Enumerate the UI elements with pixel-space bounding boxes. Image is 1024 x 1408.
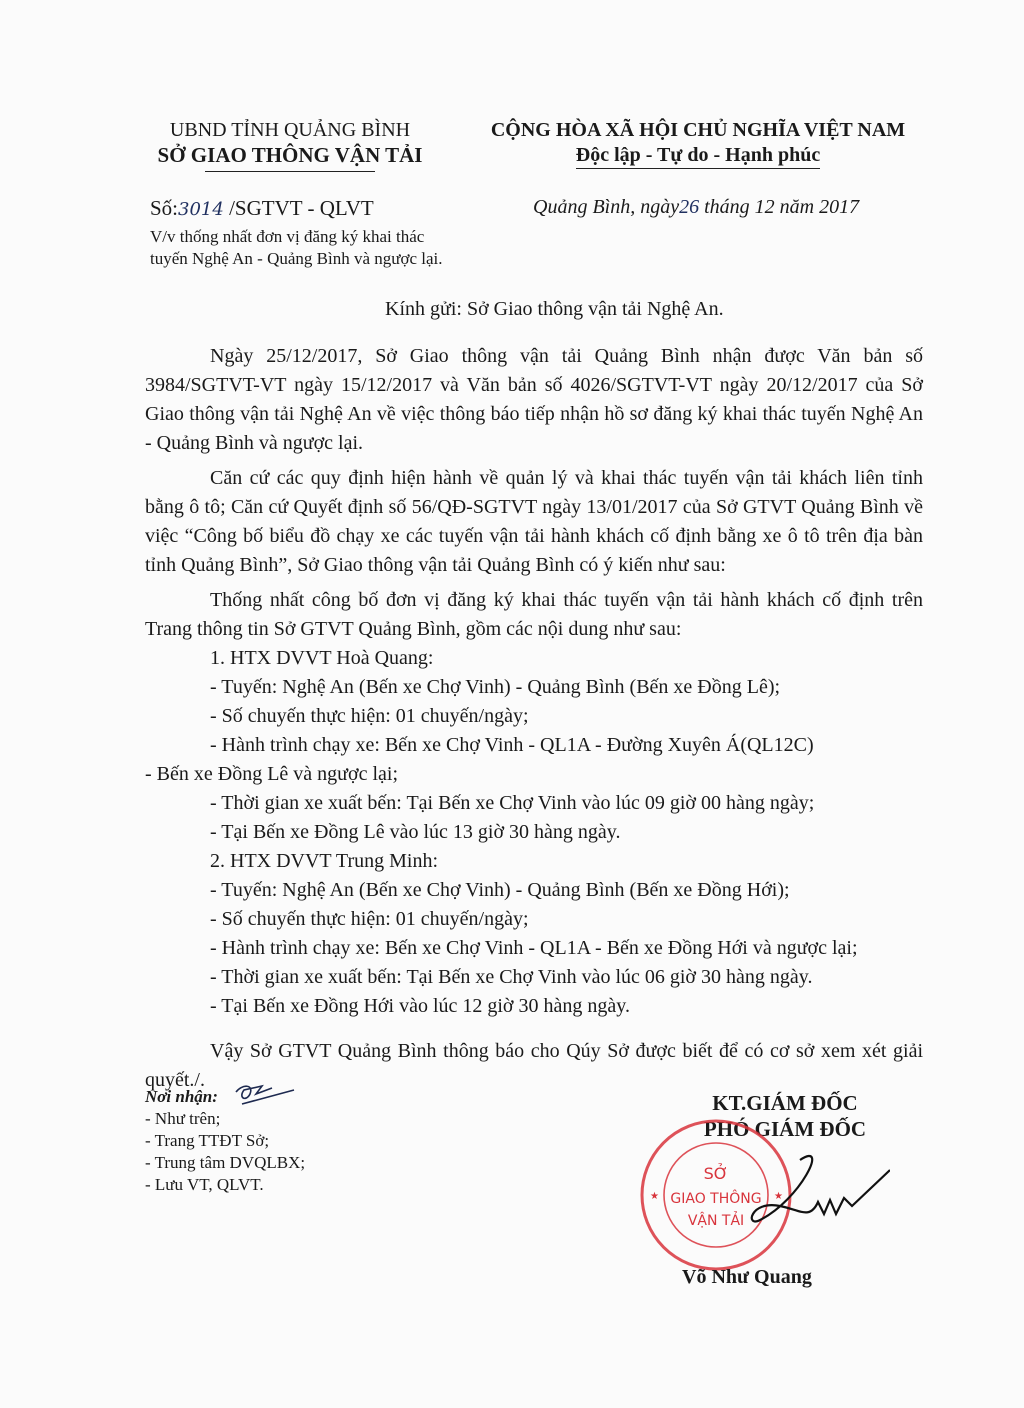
national-title: CỘNG HÒA XÃ HỘI CHỦ NGHĨA VIỆT NAM — [468, 118, 928, 142]
national-motto: Độc lập - Tự do - Hạnh phúc — [576, 142, 820, 169]
handwritten-number: 3014 — [178, 199, 224, 220]
handwritten-day: 26 — [679, 196, 699, 218]
national-header: CỘNG HÒA XÃ HỘI CHỦ NGHĨA VIỆT NAM Độc l… — [468, 118, 928, 169]
company-2: 2. HTX DVVT Trung Minh: - Tuyến: Nghệ An… — [145, 847, 923, 1021]
issuer-header: UBND TỈNH QUẢNG BÌNH SỞ GIAO THÔNG VẬN T… — [140, 118, 440, 172]
recipient-line: Kính gửi: Sở Giao thông vận tải Nghệ An. — [385, 298, 724, 321]
issuer-name: SỞ GIAO THÔNG VẬN TẢI — [140, 142, 440, 168]
paragraph-agreement: Thống nhất công bố đơn vị đăng ký khai t… — [145, 586, 923, 644]
initials-signature-icon — [232, 1080, 302, 1110]
company-1: 1. HTX DVVT Hoà Quang: - Tuyến: Nghệ An … — [145, 644, 923, 847]
document-number: Số:3014 /SGTVT - QLVT — [150, 196, 374, 221]
paragraph-basis: Căn cứ các quy định hiện hành về quản lý… — [145, 464, 923, 580]
paragraph-intro: Ngày 25/12/2017, Sở Giao thông vận tải Q… — [145, 342, 923, 458]
document-subject: V/v thống nhất đơn vị đăng ký khai thác … — [150, 226, 443, 270]
issuer-parent: UBND TỈNH QUẢNG BÌNH — [140, 118, 440, 142]
svg-text:★: ★ — [650, 1191, 659, 1202]
svg-text:SỞ: SỞ — [704, 1163, 729, 1183]
handwritten-signature-icon — [740, 1140, 890, 1240]
document-body: Ngày 25/12/2017, Sở Giao thông vận tải Q… — [145, 342, 923, 1101]
document-date: Quảng Bình, ngày26 tháng 12 năm 2017 — [533, 196, 859, 219]
issuer-underline — [205, 171, 375, 172]
svg-text:VẬN TẢI: VẬN TẢI — [688, 1211, 744, 1229]
signer-name: Võ Như Quang — [682, 1266, 812, 1289]
